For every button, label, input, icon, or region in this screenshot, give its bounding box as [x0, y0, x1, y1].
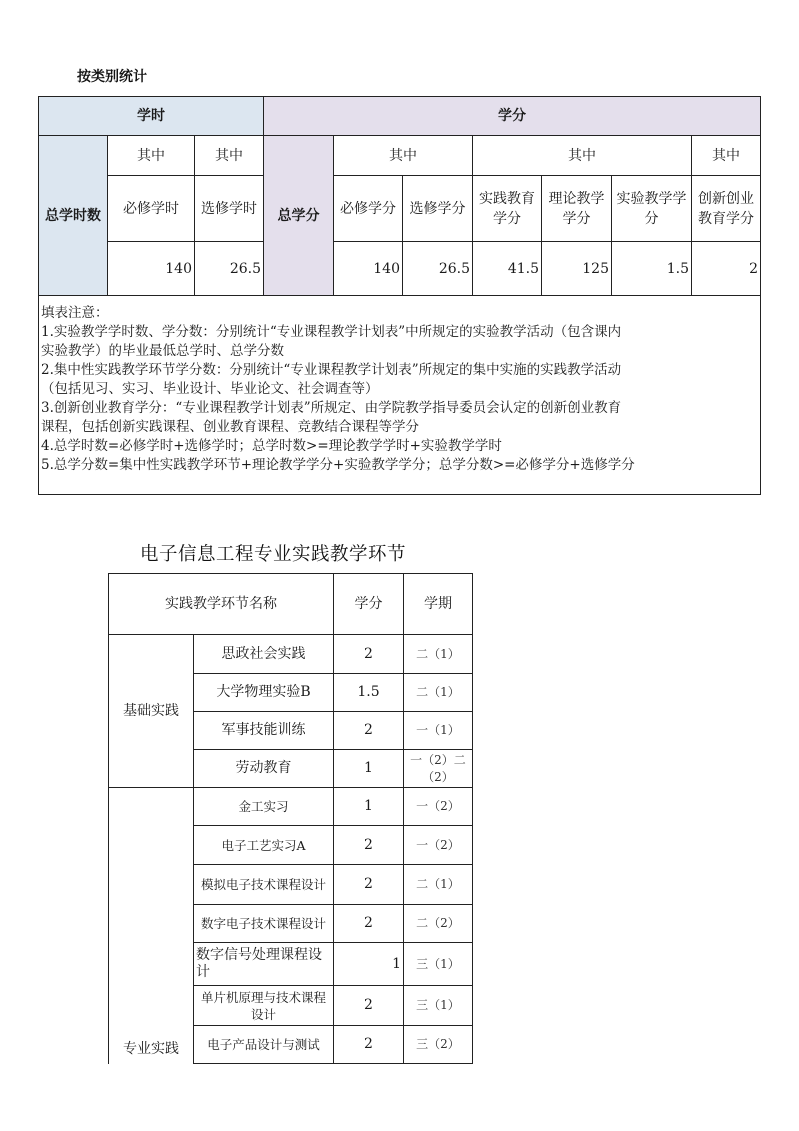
value-required-credits: 140 — [334, 242, 403, 296]
note-line: 课程，包括创新实践课程、创业教育课程、竞教结合课程等学分 — [41, 418, 758, 437]
credits-header: 学分 — [264, 97, 761, 136]
item-term: 三（1） — [404, 986, 473, 1026]
item-credits: 1 — [334, 943, 404, 986]
note-line: 2.集中性实践教学环节学分数：分别统计“专业课程教学计划表”所规定的集中实施的实… — [41, 361, 758, 380]
value-lab-credits: 1.5 — [612, 242, 692, 296]
col-elective-hours: 选修学时 — [195, 176, 264, 242]
practice-table-title: 电子信息工程专业实践教学环节 — [140, 540, 406, 566]
col-elective-credits: 选修学分 — [403, 176, 473, 242]
note-line: （包括见习、实习、毕业设计、毕业论文、社会调查等） — [41, 380, 758, 399]
col-innovation-credits: 创新创业教育学分 — [692, 176, 761, 242]
value-practice-credits: 41.5 — [473, 242, 542, 296]
item-term: 三（1） — [404, 943, 473, 986]
col-required-hours: 必修学时 — [108, 176, 195, 242]
group-basic-practice: 基础实践 — [109, 635, 194, 788]
item-term: 二（2） — [404, 905, 473, 943]
practice-table: 实践教学环节名称 学分 学期 基础实践 思政社会实践 2 二（1） 大学物理实验… — [108, 573, 473, 1064]
item-name: 军事技能训练 — [194, 712, 334, 750]
note-line: 1.实验教学学时数、学分数：分别统计“专业课程教学计划表”中所规定的实验教学活动… — [41, 323, 758, 342]
item-term: 一（1） — [404, 712, 473, 750]
subheader-required-hours: 其中 — [108, 136, 195, 176]
col-lab-credits: 实验教学学分 — [612, 176, 692, 242]
note-line: 3.创新创业教育学分：“专业课程教学计划表”所规定、由学院教学指导委员会认定的创… — [41, 399, 758, 418]
item-credits: 1 — [334, 750, 404, 788]
subheader-elective-hours: 其中 — [195, 136, 264, 176]
item-credits: 2 — [334, 635, 404, 674]
item-name: 劳动教育 — [194, 750, 334, 788]
item-term: 一（2） — [404, 826, 473, 865]
item-credits: 2 — [334, 986, 404, 1026]
item-credits: 2 — [334, 905, 404, 943]
hours-header: 学时 — [39, 97, 264, 136]
header-term: 学期 — [404, 574, 473, 635]
item-term: 三（2） — [404, 1026, 473, 1064]
item-credits: 1 — [334, 788, 404, 826]
col-required-credits: 必修学分 — [334, 176, 403, 242]
item-term: 一（2）二（2） — [404, 750, 473, 788]
item-credits: 2 — [334, 826, 404, 865]
value-elective-hours: 26.5 — [195, 242, 264, 296]
item-name: 模拟电子技术课程设计 — [194, 865, 334, 905]
col-practice-credits: 实践教育学分 — [473, 176, 542, 242]
subheader-innovation: 其中 — [692, 136, 761, 176]
item-name: 数字信号处理课程设计 — [194, 943, 334, 986]
item-term: 二（1） — [404, 635, 473, 674]
item-credits: 2 — [334, 712, 404, 750]
item-name: 电子工艺实习A — [194, 826, 334, 865]
item-name: 数字电子技术课程设计 — [194, 905, 334, 943]
item-name: 大学物理实验B — [194, 674, 334, 712]
section-title: 按类别统计 — [77, 66, 147, 86]
item-term: 二（1） — [404, 865, 473, 905]
value-innovation-credits: 2 — [692, 242, 761, 296]
value-elective-credits: 26.5 — [403, 242, 473, 296]
item-name: 思政社会实践 — [194, 635, 334, 674]
item-name: 电子产品设计与测试 — [194, 1026, 334, 1064]
total-credits-label: 总学分 — [264, 136, 334, 296]
value-theory-credits: 125 — [542, 242, 612, 296]
table-row: 专业实践 金工实习 1 一（2） — [109, 788, 473, 826]
table-row: 基础实践 思政社会实践 2 二（1） — [109, 635, 473, 674]
notes-heading: 填表注意： — [41, 304, 758, 323]
stats-table: 学时 学分 总学时数 其中 其中 总学分 其中 其中 其中 必修学时 选修学时 … — [38, 96, 761, 495]
note-line: 实验教学）的毕业最低总学时、总学分数 — [41, 342, 758, 361]
group-professional-practice: 专业实践 — [109, 788, 194, 1064]
col-theory-credits: 理论教学学分 — [542, 176, 612, 242]
value-required-hours: 140 — [108, 242, 195, 296]
item-credits: 2 — [334, 1026, 404, 1064]
header-credits: 学分 — [334, 574, 404, 635]
item-credits: 1.5 — [334, 674, 404, 712]
document-page: 按类别统计 学时 学分 总学时数 其中 其中 总学分 其中 其中 其中 必修学时… — [0, 0, 799, 1131]
notes-section: 填表注意： 1.实验教学学时数、学分数：分别统计“专业课程教学计划表”中所规定的… — [39, 296, 761, 495]
total-hours-label: 总学时数 — [39, 136, 108, 296]
header-name: 实践教学环节名称 — [109, 574, 334, 635]
item-name: 单片机原理与技术课程设计 — [194, 986, 334, 1026]
item-credits: 2 — [334, 865, 404, 905]
subheader-credits-split: 其中 — [334, 136, 473, 176]
item-name: 金工实习 — [194, 788, 334, 826]
note-line: 4.总学时数=必修学时+选修学时；总学时数>=理论教学学时+实验教学学时 — [41, 437, 758, 456]
item-term: 一（2） — [404, 788, 473, 826]
item-term: 二（1） — [404, 674, 473, 712]
subheader-credits-type: 其中 — [473, 136, 692, 176]
note-line: 5.总学分数=集中性实践教学环节+理论教学学分+实验教学学分；总学分数>=必修学… — [41, 456, 758, 475]
